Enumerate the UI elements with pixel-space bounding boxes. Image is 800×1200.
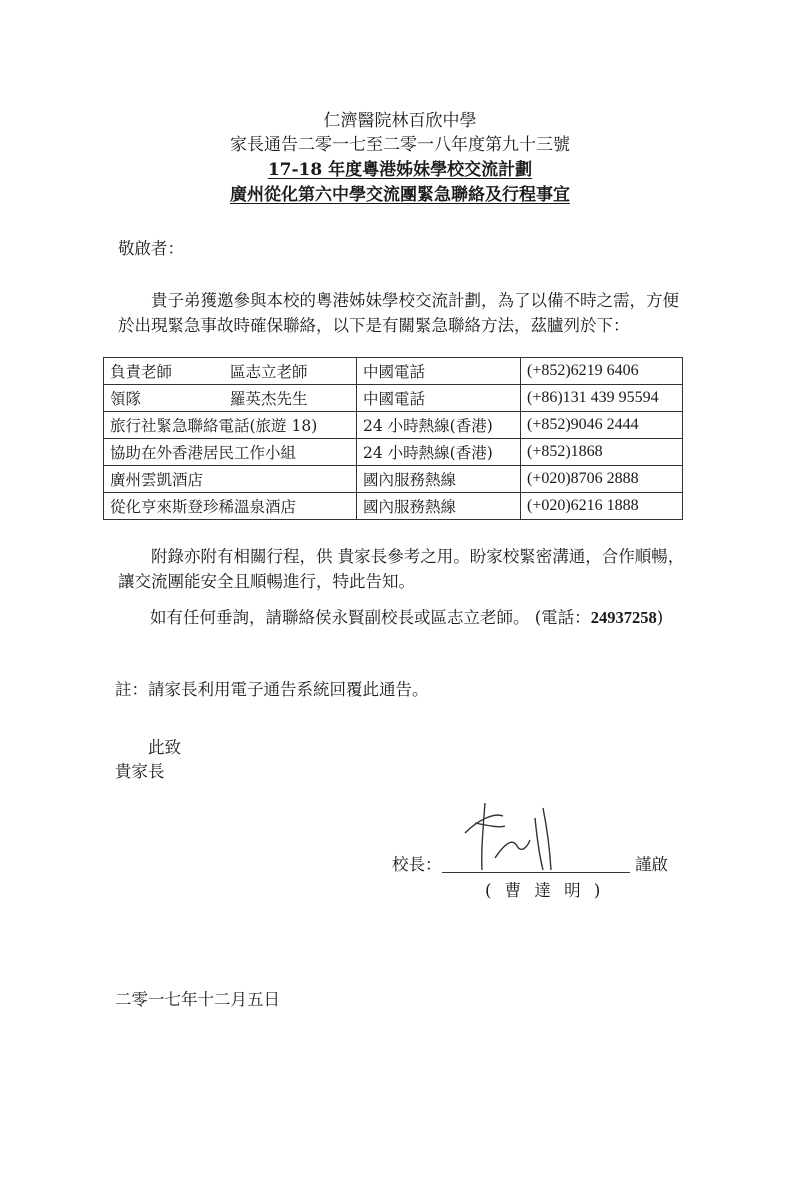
contact-phone: (+852)1868 <box>521 439 683 466</box>
table-row: 廣州雲凱酒店 國內服務熱線 (+020)8706 2888 <box>104 466 683 493</box>
notice-number: 家長通告二零一七至二零一八年度第九十三號 <box>0 130 800 155</box>
notice-subject-text: 廣州從化第六中學交流團緊急聯絡及行程事宜 <box>230 185 570 205</box>
intro-paragraph: 貴子弟獲邀參與本校的粵港姊妹學校交流計劃，為了以備不時之需，方便於出現緊急事故時… <box>118 288 688 338</box>
school-name: 仁濟醫院林百欣中學 <box>0 106 800 131</box>
table-row: 領隊羅英杰先生 中國電話 (+86)131 439 95594 <box>104 385 683 412</box>
contact-line: 國內服務熱線 <box>357 466 521 493</box>
contact-name: 羅英杰先生 <box>230 390 308 408</box>
notice-date: 二零一七年十二月五日 <box>115 987 280 1012</box>
table-row: 從化亨來斯登珍稀溫泉酒店 國內服務熱線 (+020)6216 1888 <box>104 493 683 520</box>
contact-role-cell: 領隊羅英杰先生 <box>104 385 357 412</box>
enquiry-text: 如有任何垂詢，請聯絡侯永賢副校長或區志立老師。 (電話： <box>150 608 591 627</box>
contact-role: 領隊 <box>110 387 230 409</box>
program-title: 17-18 年度粵港姊妹學校交流計劃 <box>0 155 800 180</box>
contact-line: 國內服務熱線 <box>357 493 521 520</box>
principal-name: ( 曹 達 明 ) <box>485 878 604 903</box>
table-row: 協助在外香港居民工作小組 24 小時熱線(香港) (+852)1868 <box>104 439 683 466</box>
contact-role: 協助在外香港居民工作小組 <box>104 439 357 466</box>
contact-phone: (+852)9046 2444 <box>521 412 683 439</box>
reply-note: 註：請家長利用電子通告系統回覆此通告。 <box>115 677 429 702</box>
enquiry-paragraph: 如有任何垂詢，請聯絡侯永賢副校長或區志立老師。 (電話：24937258) <box>150 605 663 630</box>
signature-icon <box>455 798 575 873</box>
itinerary-text: 附錄亦附有相關行程，供 貴家長參考之用。盼家校緊密溝通，合作順暢，讓交流團能安全… <box>118 547 684 591</box>
contact-phone: (+86)131 439 95594 <box>521 385 683 412</box>
salutation: 敬啟者： <box>118 236 184 261</box>
contact-line: 中國電話 <box>357 358 521 385</box>
contact-line: 24 小時熱線(香港) <box>357 439 521 466</box>
signature-line <box>442 872 630 873</box>
contact-role: 旅行社緊急聯絡電話(旅遊 18) <box>104 412 357 439</box>
intro-text: 貴子弟獲邀參與本校的粵港姊妹學校交流計劃，為了以備不時之需，方便於出現緊急事故時… <box>118 291 679 335</box>
contact-role-cell: 負責老師區志立老師 <box>104 358 357 385</box>
closing-recipient: 貴家長 <box>115 759 165 784</box>
contact-role: 從化亨來斯登珍稀溫泉酒店 <box>104 493 357 520</box>
table-row: 負責老師區志立老師 中國電話 (+852)6219 6406 <box>104 358 683 385</box>
contact-phone: (+020)6216 1888 <box>521 493 683 520</box>
contact-phone: (+020)8706 2888 <box>521 466 683 493</box>
closing-jinqi: 謹啟 <box>635 852 668 877</box>
contact-line: 24 小時熱線(香港) <box>357 412 521 439</box>
principal-label: 校長： <box>392 852 442 877</box>
contact-role: 負責老師 <box>110 360 230 382</box>
contact-phone: (+852)6219 6406 <box>521 358 683 385</box>
emergency-contacts-table: 負責老師區志立老師 中國電話 (+852)6219 6406 領隊羅英杰先生 中… <box>103 357 683 520</box>
enquiry-phone: 24937258 <box>591 608 657 627</box>
contact-line: 中國電話 <box>357 385 521 412</box>
enquiry-close: ) <box>657 608 663 627</box>
contact-name: 區志立老師 <box>230 363 308 381</box>
program-title-text: 17-18 年度粵港姊妹學校交流計劃 <box>268 160 532 180</box>
contact-role: 廣州雲凱酒店 <box>104 466 357 493</box>
table-row: 旅行社緊急聯絡電話(旅遊 18) 24 小時熱線(香港) (+852)9046 … <box>104 412 683 439</box>
itinerary-paragraph: 附錄亦附有相關行程，供 貴家長參考之用。盼家校緊密溝通，合作順暢，讓交流團能安全… <box>118 544 688 594</box>
closing-cizhi: 此致 <box>148 735 181 760</box>
notice-subject: 廣州從化第六中學交流團緊急聯絡及行程事宜 <box>0 180 800 205</box>
